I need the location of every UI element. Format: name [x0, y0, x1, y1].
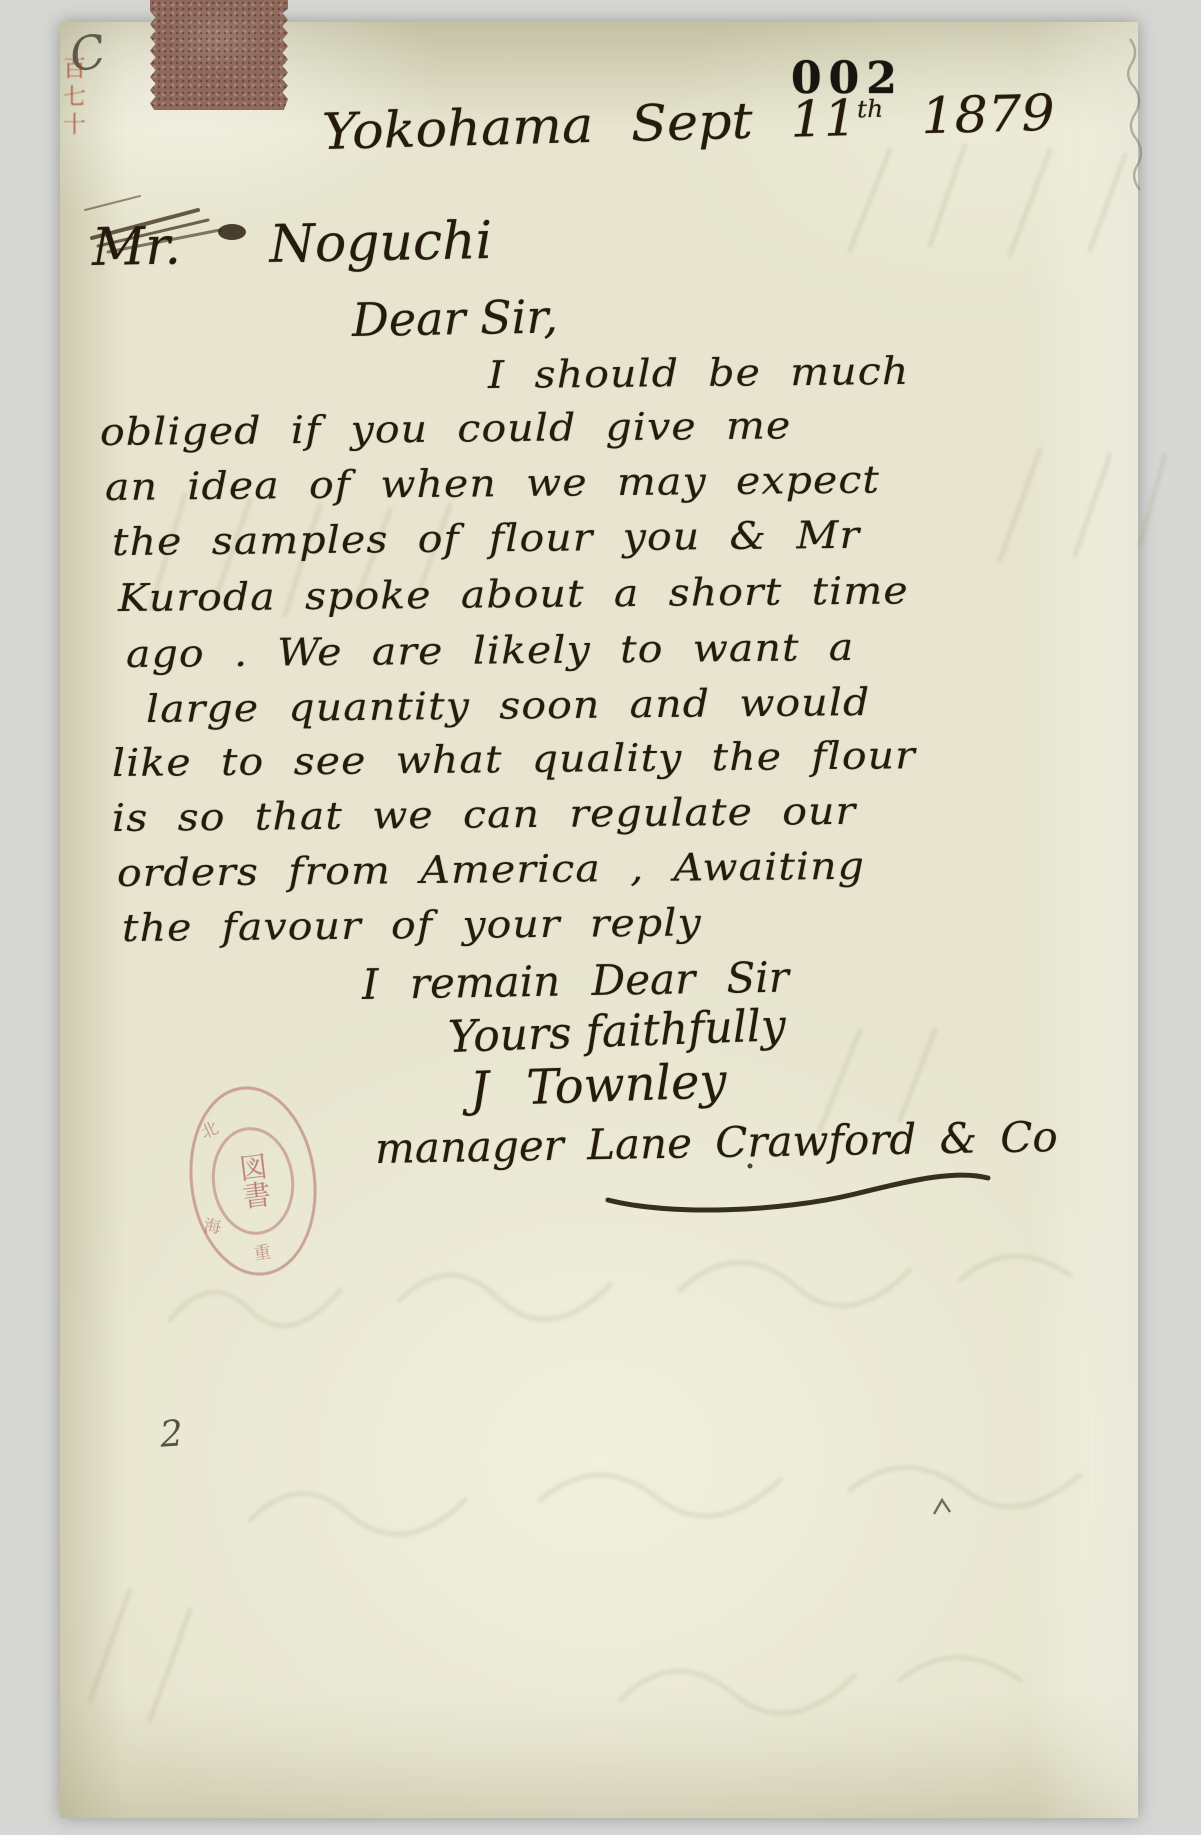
body-line: large quantity soon and would — [146, 680, 871, 731]
seal-ring-char: 重 — [252, 1237, 272, 1264]
recipient-line: Mr. Noguchi — [91, 211, 492, 278]
dateline-ordinal: th — [856, 95, 883, 124]
body-line: the samples of flour you & Mr — [112, 513, 861, 564]
body-line: ago . We are likely to want a — [126, 625, 855, 676]
tape-fragment — [150, 0, 288, 110]
body-line: Kuroda spoke about a short time — [118, 568, 909, 620]
salutation-line: Dear Sir, — [352, 289, 559, 347]
signature-line: J Townley — [469, 1053, 727, 1118]
body-line: like to see what quality the flour — [112, 733, 916, 785]
body-line: is so that we can regulate our — [112, 789, 857, 840]
seal-center-text: 図書 — [230, 1151, 277, 1211]
dateline-date: Sept 11 — [630, 89, 858, 153]
seal-ring-char: 北 — [196, 1114, 222, 1144]
dateline-place: Yokohama — [321, 96, 594, 161]
seal-ring-char: 海 — [203, 1211, 223, 1238]
body-line: an idea of when we may expect — [105, 457, 880, 509]
closing-line: I remain Dear Sir — [362, 953, 790, 1009]
pencil-page-number: 2 — [159, 1413, 185, 1455]
dateline-year: 1879 — [920, 84, 1055, 145]
body-line: the favour of your reply — [122, 900, 702, 950]
body-line: I should be much — [488, 349, 910, 397]
body-line: obliged if you could give me — [100, 403, 792, 454]
red-vertical-annotation: 百七十 — [56, 56, 89, 140]
body-line: orders from America , Awaiting — [117, 844, 865, 895]
